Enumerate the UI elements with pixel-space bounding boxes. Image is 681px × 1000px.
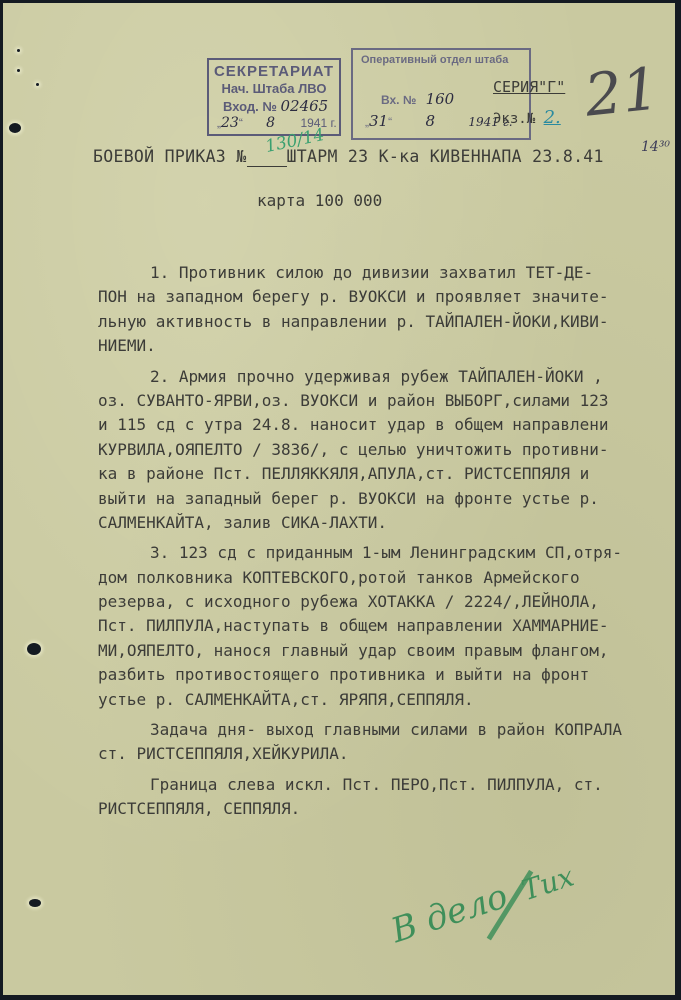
- text-line: льную активность в направлении р. ТАЙПАЛ…: [98, 310, 681, 334]
- text-line: ПОН на западном берегу р. ВУОКСИ и прояв…: [98, 285, 681, 309]
- stamp-incoming-number: 160: [426, 90, 455, 108]
- text-line: Задача дня- выход главными силами в райо…: [98, 718, 681, 742]
- stamp-incoming-label: Вх. №: [381, 93, 416, 107]
- binding-hole: [9, 123, 21, 133]
- stamp-incoming-row: Вх. № 160: [381, 90, 454, 108]
- paragraph-1: 1. Противник силою до дивизии захватил Т…: [98, 261, 681, 359]
- text-line: 2. Армия прочно удерживая рубеж ТАЙПАЛЕН…: [98, 365, 681, 389]
- text-line: 1. Противник силою до дивизии захватил Т…: [98, 261, 681, 285]
- stamp-date-month: 8: [266, 115, 275, 131]
- text-line: 3. 123 сд с приданным 1-ым Ленинградским…: [98, 541, 681, 565]
- paper-speck: [17, 69, 20, 72]
- text-line: и 115 сд с утра 24.8. наносит удар в общ…: [98, 413, 681, 437]
- stamp-date-day: 23: [221, 115, 239, 131]
- stamp-title: СЕКРЕТАРИАТ: [209, 63, 339, 80]
- time-note: 14³⁰: [641, 139, 670, 155]
- stamp-date-day: 31: [369, 112, 388, 130]
- copy-number: 2.: [544, 107, 561, 128]
- binding-hole: [29, 899, 41, 907]
- stamp-incoming-row: Вход. № 02465: [209, 97, 339, 115]
- text-line: устье р. САЛМЕНКАЙТА,ст. ЯРЯПЯ,СЕППЯЛЯ.: [98, 688, 681, 712]
- paper-speck: [36, 83, 39, 86]
- text-line: оз. СУВАНТО-ЯРВИ,оз. ВУОКСИ и район ВЫБО…: [98, 389, 681, 413]
- text-line: КУРВИЛА,ОЯПЕЛТО / 3836/, с целью уничтож…: [98, 438, 681, 462]
- text-line: резерва, с исходного рубежа ХОТАККА / 22…: [98, 590, 681, 614]
- handwritten-number: 21: [582, 54, 663, 129]
- paragraph-3: 3. 123 сд с приданным 1-ым Ленинградским…: [98, 541, 681, 712]
- stamp-incoming-label: Вход. №: [223, 99, 277, 114]
- series-label: СЕРИЯ"Г": [493, 78, 565, 96]
- handwritten-resolution: В дело Тих: [386, 855, 578, 951]
- paragraph-task: Задача дня- выход главными силами в райо…: [98, 718, 681, 767]
- resolution-text: В дело: [386, 876, 512, 951]
- text-line: ст. РИСТСЕППЯЛЯ,ХЕЙКУРИЛА.: [98, 742, 681, 766]
- stamp-incoming-number: 02465: [281, 97, 329, 115]
- order-title-part1: БОЕВОЙ ПРИКАЗ №: [93, 147, 247, 166]
- binding-hole: [27, 643, 41, 655]
- text-line: САЛМЕНКАЙТА, залив СИКА-ЛАХТИ.: [98, 511, 681, 535]
- paragraph-boundary: Граница слева искл. Пст. ПЕРО,Пст. ПИЛПУ…: [98, 773, 681, 822]
- text-line: ка в районе Пст. ПЕЛЛЯККЯЛЯ,АПУЛА,ст. РИ…: [98, 462, 681, 486]
- text-line: РИСТСЕППЯЛЯ, СЕППЯЛЯ.: [98, 797, 681, 821]
- order-title-part2: ШТАРМ 23 К-ка КИВЕННАПА 23.8.41: [287, 147, 604, 166]
- resolution-signature: Тих: [518, 860, 578, 908]
- stamp-title: Оперативный отдел штаба: [353, 50, 529, 66]
- text-line: НИЕМИ.: [98, 334, 681, 358]
- text-line: МИ,ОЯПЕЛТО, нанося главный удар своим пр…: [98, 639, 681, 663]
- copy-label: Экз.№: [493, 111, 535, 127]
- order-body: 1. Противник силою до дивизии захватил Т…: [98, 261, 681, 822]
- document-page: СЕКРЕТАРИАТ Нач. Штаба ЛВО Вход. № 02465…: [3, 3, 675, 995]
- text-line: разбить противостоящего противника и вый…: [98, 663, 681, 687]
- order-title: БОЕВОЙ ПРИКАЗ № ШТАРМ 23 К-ка КИВЕННАПА …: [93, 147, 604, 167]
- text-line: Граница слева искл. Пст. ПЕРО,Пст. ПИЛПУ…: [98, 773, 681, 797]
- copy-number-row: Экз.№ 2.: [493, 107, 561, 128]
- map-scale: карта 100 000: [257, 191, 382, 210]
- stamp-subtitle: Нач. Штаба ЛВО: [209, 81, 339, 96]
- stamp-date-month: 8: [425, 112, 435, 130]
- paragraph-2: 2. Армия прочно удерживая рубеж ТАЙПАЛЕН…: [98, 365, 681, 536]
- text-line: выйти на западный берег р. ВУОКСИ на фро…: [98, 487, 681, 511]
- paper-speck: [17, 49, 20, 52]
- text-line: дом полковника КОПТЕВСКОГО,ротой танков …: [98, 566, 681, 590]
- text-line: Пст. ПИЛПУЛА,наступать в общем направлен…: [98, 614, 681, 638]
